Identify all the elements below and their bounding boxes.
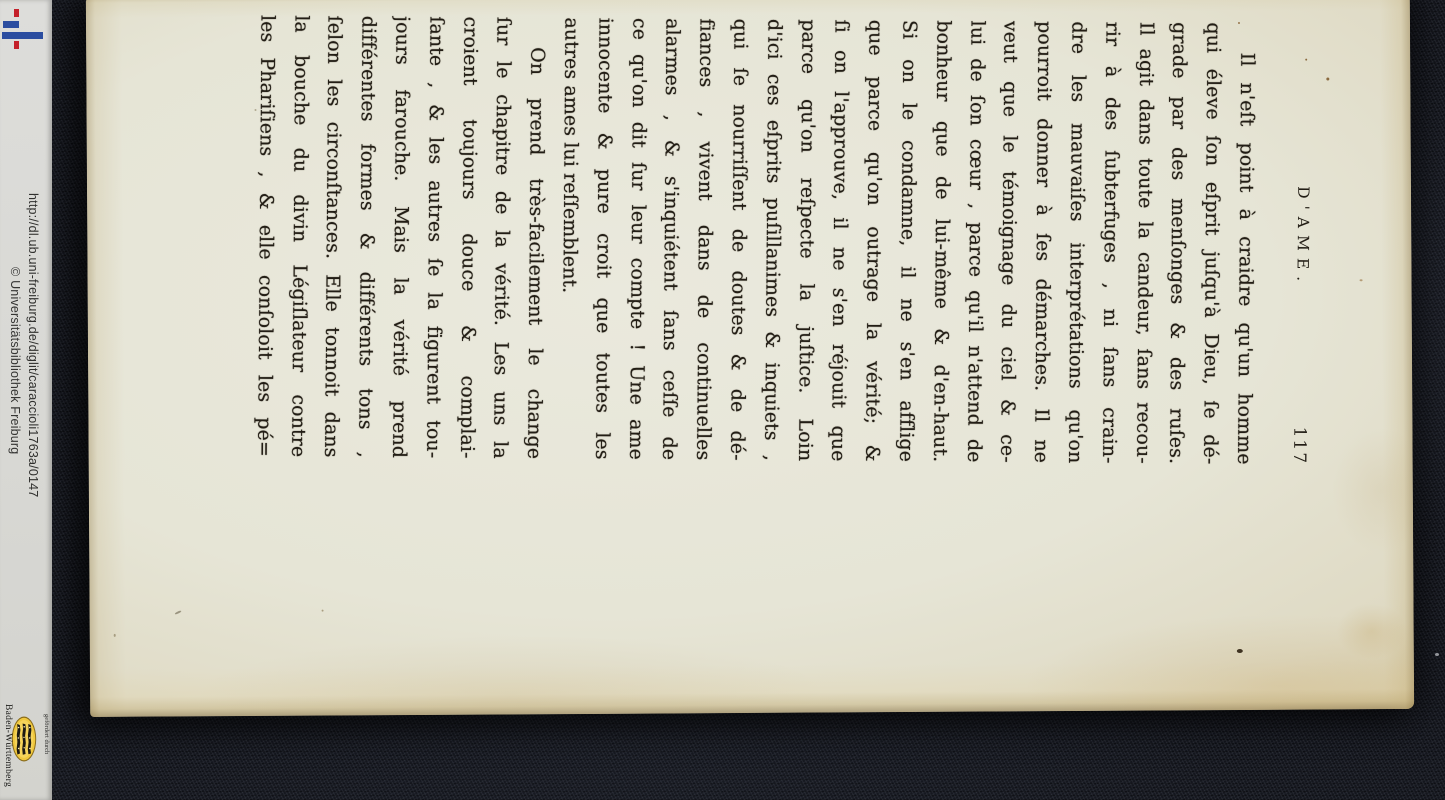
text-line: que parce qu'on outrage la vérité; & <box>855 20 892 462</box>
text-line: la bouche du divin Légiſlateur contre <box>280 15 317 457</box>
state-name: Baden-Württemberg <box>3 704 13 787</box>
text-line: bonheur que de lui-même & d'en-haut. <box>922 20 959 462</box>
digitized-book-viewer: D'AME. 117 Il n'eſt point à craidre qu'u… <box>0 0 1445 800</box>
text-line: veut que le témoignage du ciel & ce- <box>990 21 1027 463</box>
copyright-notice: © Universitätsbibliothek Freiburg <box>8 267 22 454</box>
ink-fleck <box>1237 649 1243 653</box>
text-line: qui ſe nourriſſent de doutes & de dé- <box>719 19 756 461</box>
text-line: innocente & pure croit que toutes les <box>584 18 621 460</box>
foxing-dot <box>114 634 116 637</box>
page-content-rotated: D'AME. 117 Il n'eſt point à craidre qu'u… <box>80 0 1410 709</box>
text-line: ſur le chapitre de la vérité. Les uns la <box>483 17 520 459</box>
running-title: D'AME. <box>1292 23 1313 465</box>
text-line: On prend très-facilement le change <box>517 17 554 459</box>
text-line: différentes formes & différents tons , <box>348 16 385 458</box>
text-line: dre les mauvaiſes interprétations qu'on <box>1057 21 1094 463</box>
text-line: ſelon les circonſtances. Elle tonnoit da… <box>314 15 351 457</box>
dust-speck <box>1435 653 1439 656</box>
book-page-scan: D'AME. 117 Il n'eſt point à craidre qu'u… <box>86 0 1414 717</box>
logo-blue-bar <box>3 21 19 28</box>
baden-wuerttemberg-crest-icon <box>11 716 37 762</box>
text-line: les Phariſiens , & elle conſoloit les pé… <box>246 15 283 457</box>
text-line: grade par des menſonges & des ruſes. <box>1159 22 1196 464</box>
text-line: croient toujours douce & complai- <box>449 16 486 458</box>
page-text: Il n'eſt point à craidre qu'un hommequi … <box>246 15 1263 465</box>
foxing-dot <box>1238 22 1240 24</box>
logo-blue-bar <box>2 32 43 39</box>
document-url: http://dl.ub.uni-freiburg.de/diglit/cara… <box>26 193 40 497</box>
foxing-dot <box>1360 279 1363 281</box>
text-line: Il n'eſt point à craidre qu'un homme <box>1226 23 1263 465</box>
text-line: jours farouche. Mais la vérité prend <box>381 16 418 458</box>
foxing-dot <box>1326 77 1329 80</box>
text-line: ce qu'on dit ſur leur compte ! Une ame <box>618 18 655 460</box>
funding-credit: gefördert durch <box>43 714 50 754</box>
page-number: 117 <box>1289 427 1309 466</box>
paragraph: On prend très-facilement le changeſur le… <box>246 15 554 459</box>
text-line: alarmes , & s'inquiétent ſans ceſſe de <box>652 18 689 460</box>
text-line: fiances , vivent dans de continuelles <box>686 18 723 460</box>
text-line: lui de ſon cœur , parce qu'il n'attend d… <box>956 20 993 462</box>
text-line: d'ici ces eſprits puſillanimes & inquiet… <box>753 19 790 461</box>
viewer-sidebar: http://dl.ub.uni-freiburg.de/diglit/cara… <box>0 0 52 800</box>
text-line: qui éleve ſon eſprit juſqu'à Dieu, ſe dé… <box>1192 22 1229 464</box>
logo-red-block <box>14 9 19 17</box>
text-line: Il agit dans toute la candeur, ſans reco… <box>1125 22 1162 464</box>
text-line: ſante , & les autres ſe la figurent tou- <box>415 16 452 458</box>
text-line: ſi on l'approuve, il ne s'en réjouit que <box>821 19 858 461</box>
text-line: pourroit donner à ſes démarches. Il ne <box>1023 21 1060 463</box>
text-line: Si on le condamne, il ne s'en afflige <box>888 20 925 462</box>
foxing-dot <box>254 109 256 111</box>
text-line: rir à des ſubterfuges , ni ſans crain- <box>1091 21 1128 463</box>
foxing-dot <box>322 610 324 612</box>
text-line: autres ames lui reſſemblent. <box>550 17 587 459</box>
logo-red-block <box>14 41 19 49</box>
running-header: D'AME. 117 <box>1280 23 1313 465</box>
text-line: parce qu'on reſpecte la juſtice. Loin <box>787 19 824 461</box>
paragraph: Il n'eſt point à craidre qu'un hommequi … <box>550 17 1263 465</box>
foxing-dot <box>1305 59 1307 61</box>
